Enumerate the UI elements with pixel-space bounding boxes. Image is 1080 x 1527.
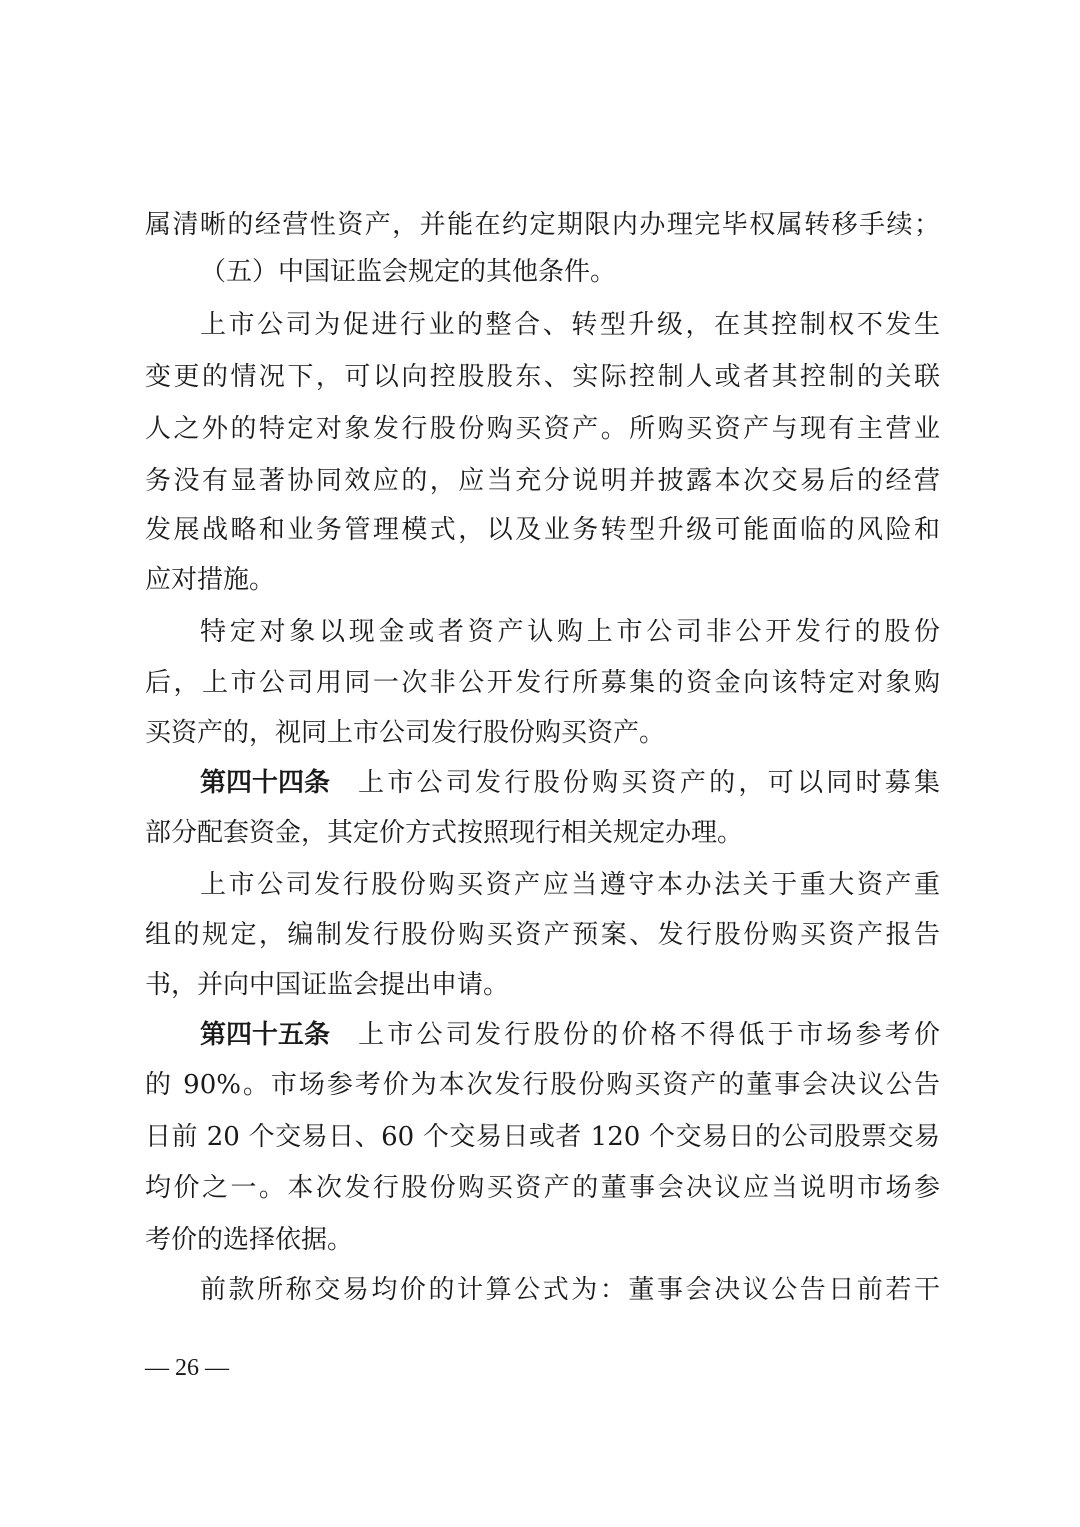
text-line: 上市公司为促进行业的整合、转型升级，在其控制权不发生 — [200, 305, 940, 345]
document-page: 属清晰的经营性资产，并能在约定期限内办理完毕权属转移手续； （五）中国证监会规定… — [0, 0, 1080, 1527]
text-line: 发展战略和业务管理模式，以及业务转型升级可能面临的风险和 — [145, 510, 940, 550]
text-line: 变更的情况下，可以向控股股东、实际控制人或者其控制的关联 — [145, 357, 940, 397]
article-line: 第四十五条 上市公司发行股份的价格不得低于市场参考价 — [200, 1015, 940, 1055]
page-number: — 26 — — [145, 1350, 229, 1386]
text-line: 上市公司发行股份购买资产的，可以同时募集 — [358, 763, 940, 803]
text-line: 均价之一。本次发行股份购买资产的董事会决议应当说明市场参 — [145, 1168, 940, 1208]
text-line: 的 90%。市场参考价为本次发行股份购买资产的董事会决议公告 — [145, 1065, 940, 1105]
article-heading: 第四十五条 — [200, 1015, 330, 1055]
text-line: 书，并向中国证监会提出申请。 — [145, 965, 940, 1005]
text-line: 应对措施。 — [145, 560, 940, 600]
text-line: 人之外的特定对象发行股份购买资产。所购买资产与现有主营业 — [145, 409, 940, 449]
text-line: 务没有显著协同效应的，应当充分说明并披露本次交易后的经营 — [145, 461, 940, 501]
text-line: 特定对象以现金或者资产认购上市公司非公开发行的股份 — [200, 612, 940, 652]
article-heading: 第四十四条 — [200, 763, 330, 803]
text-line: 属清晰的经营性资产，并能在约定期限内办理完毕权属转移手续； — [145, 205, 940, 245]
text-line: 组的规定，编制发行股份购买资产预案、发行股份购买资产报告 — [145, 915, 940, 955]
text-line: 上市公司发行股份购买资产应当遵守本办法关于重大资产重 — [200, 865, 940, 905]
text-line: 前款所称交易均价的计算公式为：董事会决议公告日前若干 — [200, 1270, 940, 1310]
text-line: 考价的选择依据。 — [145, 1220, 940, 1260]
text-line: 上市公司发行股份的价格不得低于市场参考价 — [358, 1015, 940, 1055]
text-line: 后，上市公司用同一次非公开发行所募集的资金向该特定对象购 — [145, 663, 940, 703]
text-line: 买资产的，视同上市公司发行股份购买资产。 — [145, 713, 940, 753]
text-line: 日前 20 个交易日、60 个交易日或者 120 个交易日的公司股票交易 — [145, 1117, 940, 1157]
text-line: （五）中国证监会规定的其他条件。 — [200, 252, 940, 292]
text-line: 部分配套资金，其定价方式按照现行相关规定办理。 — [145, 813, 940, 853]
article-line: 第四十四条 上市公司发行股份购买资产的，可以同时募集 — [200, 763, 940, 803]
